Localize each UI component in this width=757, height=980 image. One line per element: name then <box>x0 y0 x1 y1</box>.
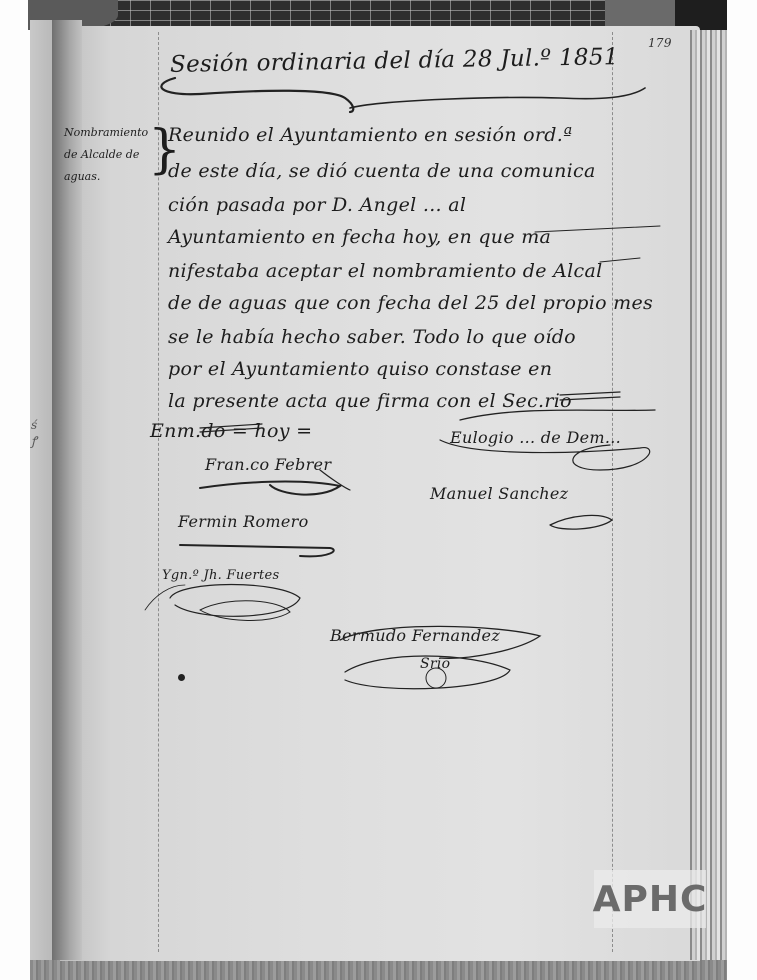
right-margin-rule <box>612 32 613 952</box>
body-line: por el Ayuntamiento quiso constase en <box>168 358 552 380</box>
ink-blot <box>178 674 185 681</box>
previous-page-edge <box>30 20 54 960</box>
margin-note-line: aguas. <box>64 166 154 188</box>
archive-watermark: APHC <box>594 870 706 928</box>
signature: Eulogio ... de Dem... <box>450 428 621 447</box>
page-stack-edge <box>690 30 727 960</box>
body-line: ción pasada por D. Angel ... al <box>168 194 466 216</box>
signature: Fermin Romero <box>178 512 309 531</box>
body-line: Enm.do = hoy = <box>150 420 312 442</box>
folio-number: 179 <box>648 36 672 50</box>
margin-note: Nombramiento de Alcalde de aguas. <box>64 122 154 188</box>
backdrop-right <box>727 0 757 980</box>
body-line: de este día, se dió cuenta de una comuni… <box>168 160 596 182</box>
body-line: de de aguas que con fecha del 25 del pro… <box>168 292 653 314</box>
signature: Manuel Sanchez <box>430 484 568 503</box>
body-line: se le había hecho saber. Todo lo que oíd… <box>168 326 576 348</box>
margin-note-line: Nombramiento <box>64 122 154 144</box>
body-line: Reunido el Ayuntamiento en sesión ord.ª <box>168 124 572 146</box>
body-line: la presente acta que firma con el Sec.ri… <box>168 390 572 412</box>
body-line: Ayuntamiento en fecha hoy, en que ma <box>168 226 551 248</box>
previous-page-marks: śꝭ <box>31 418 37 449</box>
signature: Bermudo Fernandez <box>330 626 500 645</box>
signature: Ygn.º Jh. Fuertes <box>162 568 280 583</box>
backdrop-left <box>0 0 30 980</box>
table-surface <box>30 958 727 980</box>
scanned-document: śꝭ Sesión ordinaria del día 28 Jul.º 185… <box>0 0 757 980</box>
signature: Fran.co Febrer <box>205 455 331 474</box>
body-line: nifestaba aceptar el nombramiento de Alc… <box>168 260 603 282</box>
signature-subtitle: Srio <box>420 656 450 672</box>
margin-note-line: de Alcalde de <box>64 144 154 166</box>
